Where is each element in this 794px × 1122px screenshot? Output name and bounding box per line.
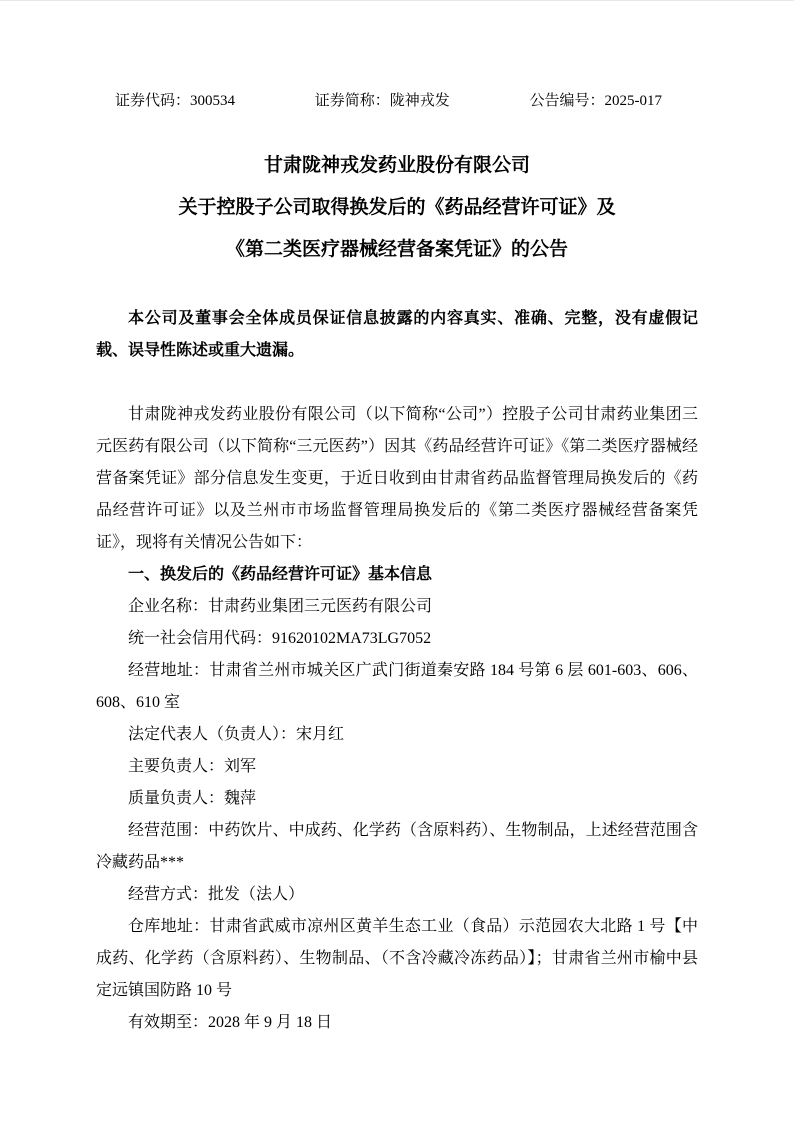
title-line-3: 《第二类医疗器械经营备案凭证》的公告 bbox=[96, 229, 698, 271]
validity-date-line: 有效期至：2028 年 9 月 18 日 bbox=[96, 1007, 698, 1039]
stock-abbreviation: 证券简称：陇神戎发 bbox=[315, 93, 450, 109]
warehouse-address-line: 仓库地址：甘肃省武威市凉州区黄羊生态工业（食品）示范园农大北路 1 号【中成药、… bbox=[96, 911, 698, 1007]
credit-code-line: 统一社会信用代码：91620102MA73LG7052 bbox=[96, 623, 698, 655]
title-line-2: 关于控股子公司取得换发后的《药品经营许可证》及 bbox=[96, 187, 698, 229]
section-1-heading: 一、换发后的《药品经营许可证》基本信息 bbox=[96, 559, 698, 591]
business-scope-line: 经营范围：中药饮片、中成药、化学药（含原料药）、生物制品，上述经营范围含冷藏药品… bbox=[96, 815, 698, 879]
company-name-line: 企业名称：甘肃药业集团三元医药有限公司 bbox=[96, 591, 698, 623]
intro-paragraph: 甘肃陇神戎发药业股份有限公司（以下简称“公司”）控股子公司甘肃药业集团三元医药有… bbox=[96, 399, 698, 559]
quality-principal-line: 质量负责人：魏萍 bbox=[96, 783, 698, 815]
business-address-line: 经营地址：甘肃省兰州市城关区广武门街道秦安路 184 号第 6 层 601-60… bbox=[96, 655, 698, 719]
stock-code: 证券代码：300534 bbox=[115, 93, 235, 109]
securities-header: 证券代码：300534 证券简称：陇神戎发 公告编号：2025-017 bbox=[96, 93, 698, 109]
page-title: 甘肃陇神戎发药业股份有限公司 关于控股子公司取得换发后的《药品经营许可证》及 《… bbox=[96, 145, 698, 271]
announcement-number: 公告编号：2025-017 bbox=[530, 93, 663, 109]
legal-representative-line: 法定代表人（负责人）：宋月红 bbox=[96, 719, 698, 751]
board-declaration: 本公司及董事会全体成员保证信息披露的内容真实、准确、完整，没有虚假记载、误导性陈… bbox=[96, 303, 698, 367]
principal-line: 主要负责人：刘军 bbox=[96, 751, 698, 783]
title-line-1: 甘肃陇神戎发药业股份有限公司 bbox=[96, 145, 698, 187]
document-page: 证券代码：300534 证券简称：陇神戎发 公告编号：2025-017 甘肃陇神… bbox=[0, 0, 794, 1122]
business-mode-line: 经营方式：批发（法人） bbox=[96, 879, 698, 911]
document-content: 证券代码：300534 证券简称：陇神戎发 公告编号：2025-017 甘肃陇神… bbox=[96, 1, 698, 1039]
